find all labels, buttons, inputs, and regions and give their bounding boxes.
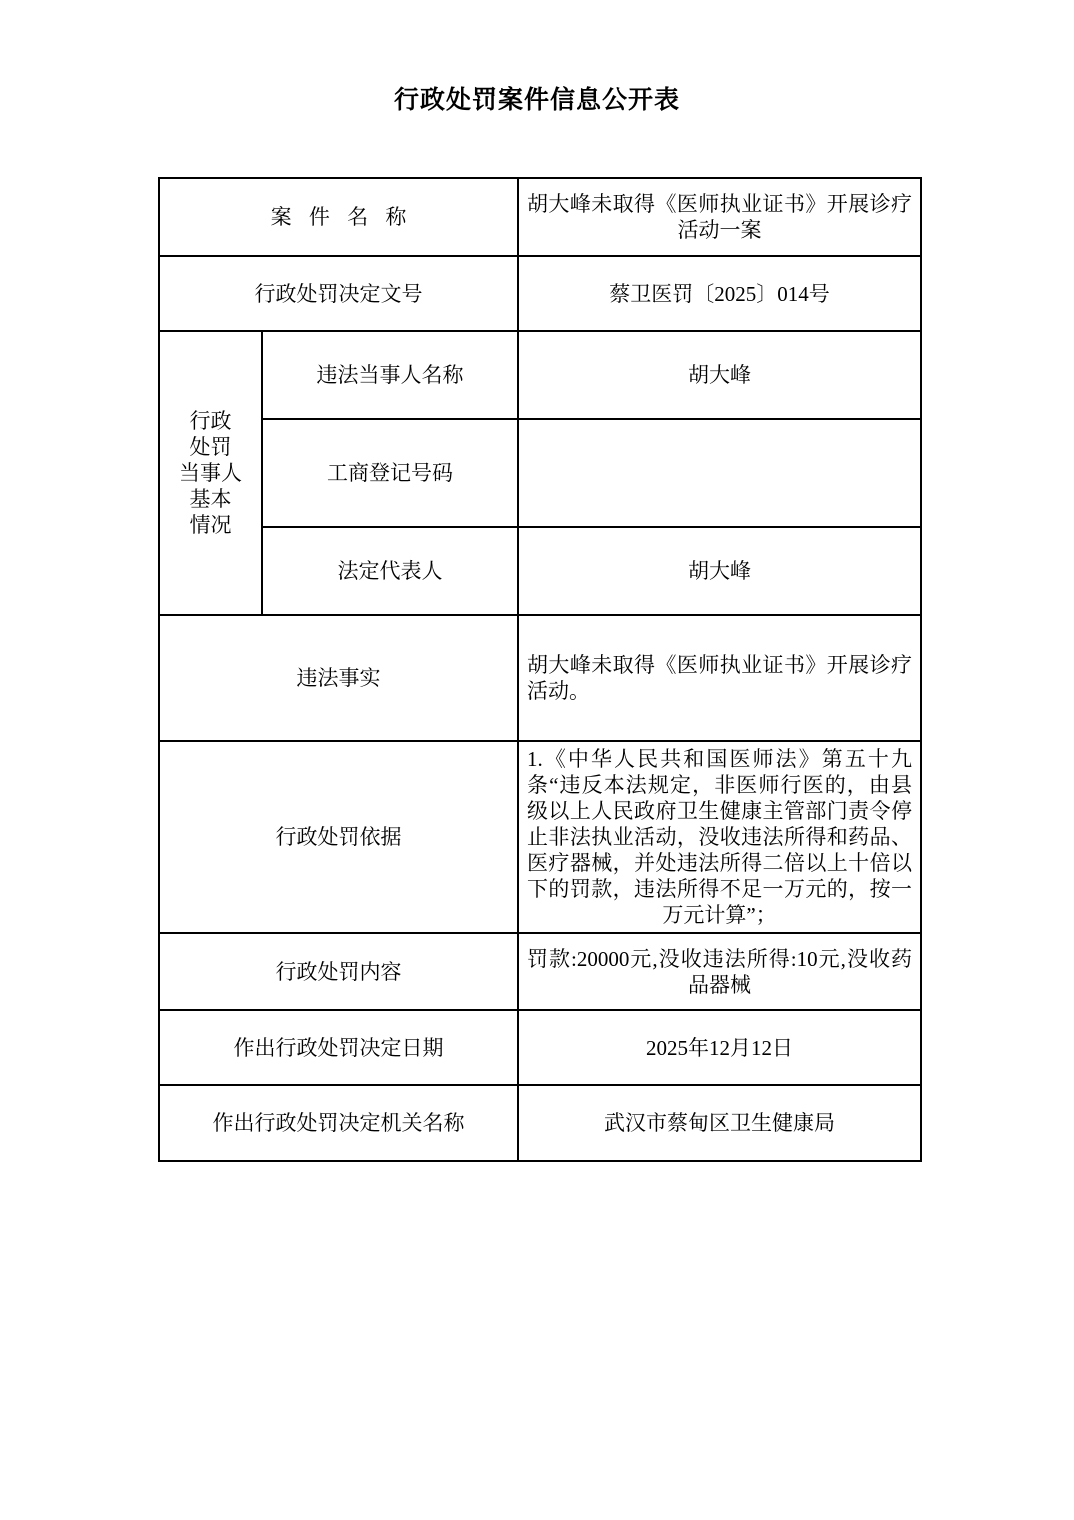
decision-date-label: 作出行政处罚决定日期	[159, 1010, 518, 1085]
decision-no-value: 蔡卫医罚〔2025〕014号	[518, 256, 921, 331]
document-page: 行政处罚案件信息公开表 案 件 名 称 胡大峰未取得《医师执业证书》开展诊疗活动…	[0, 0, 1074, 1520]
decision-agency-value: 武汉市蔡甸区卫生健康局	[518, 1085, 921, 1161]
row-penalty-basis: 行政处罚依据 1.《中华人民共和国医师法》第五十九条“违反本法规定，非医师行医的…	[159, 741, 921, 933]
business-reg-no-label: 工商登记号码	[262, 419, 518, 527]
case-name-label: 案 件 名 称	[159, 178, 518, 256]
penalty-content-value: 罚款:20000元,没收违法所得:10元,没收药品器械	[518, 933, 921, 1010]
illegal-facts-label: 违法事实	[159, 615, 518, 741]
decision-agency-label: 作出行政处罚决定机关名称	[159, 1085, 518, 1161]
legal-rep-value: 胡大峰	[518, 527, 921, 615]
row-decision-date: 作出行政处罚决定日期 2025年12月12日	[159, 1010, 921, 1085]
illegal-facts-value: 胡大峰未取得《医师执业证书》开展诊疗活动。	[518, 615, 921, 741]
row-decision-no: 行政处罚决定文号 蔡卫医罚〔2025〕014号	[159, 256, 921, 331]
row-decision-agency: 作出行政处罚决定机关名称 武汉市蔡甸区卫生健康局	[159, 1085, 921, 1161]
penalty-info-table: 案 件 名 称 胡大峰未取得《医师执业证书》开展诊疗活动一案 行政处罚决定文号 …	[158, 177, 922, 1162]
penalty-content-label: 行政处罚内容	[159, 933, 518, 1010]
penalty-basis-value: 1.《中华人民共和国医师法》第五十九条“违反本法规定，非医师行医的，由县级以上人…	[518, 741, 921, 933]
penalty-basis-label: 行政处罚依据	[159, 741, 518, 933]
decision-no-label: 行政处罚决定文号	[159, 256, 518, 331]
row-illegal-facts: 违法事实 胡大峰未取得《医师执业证书》开展诊疗活动。	[159, 615, 921, 741]
legal-rep-label: 法定代表人	[262, 527, 518, 615]
row-legal-rep: 法定代表人 胡大峰	[159, 527, 921, 615]
row-penalty-content: 行政处罚内容 罚款:20000元,没收违法所得:10元,没收药品器械	[159, 933, 921, 1010]
party-section-label: 行政 处罚 当事人 基本 情况	[159, 331, 262, 615]
case-name-value: 胡大峰未取得《医师执业证书》开展诊疗活动一案	[518, 178, 921, 256]
row-business-reg-no: 工商登记号码	[159, 419, 921, 527]
page-title: 行政处罚案件信息公开表	[0, 80, 1074, 116]
row-case-name: 案 件 名 称 胡大峰未取得《医师执业证书》开展诊疗活动一案	[159, 178, 921, 256]
party-name-value: 胡大峰	[518, 331, 921, 419]
business-reg-no-value	[518, 419, 921, 527]
party-name-label: 违法当事人名称	[262, 331, 518, 419]
decision-date-value: 2025年12月12日	[518, 1010, 921, 1085]
row-party-name: 行政 处罚 当事人 基本 情况 违法当事人名称 胡大峰	[159, 331, 921, 419]
